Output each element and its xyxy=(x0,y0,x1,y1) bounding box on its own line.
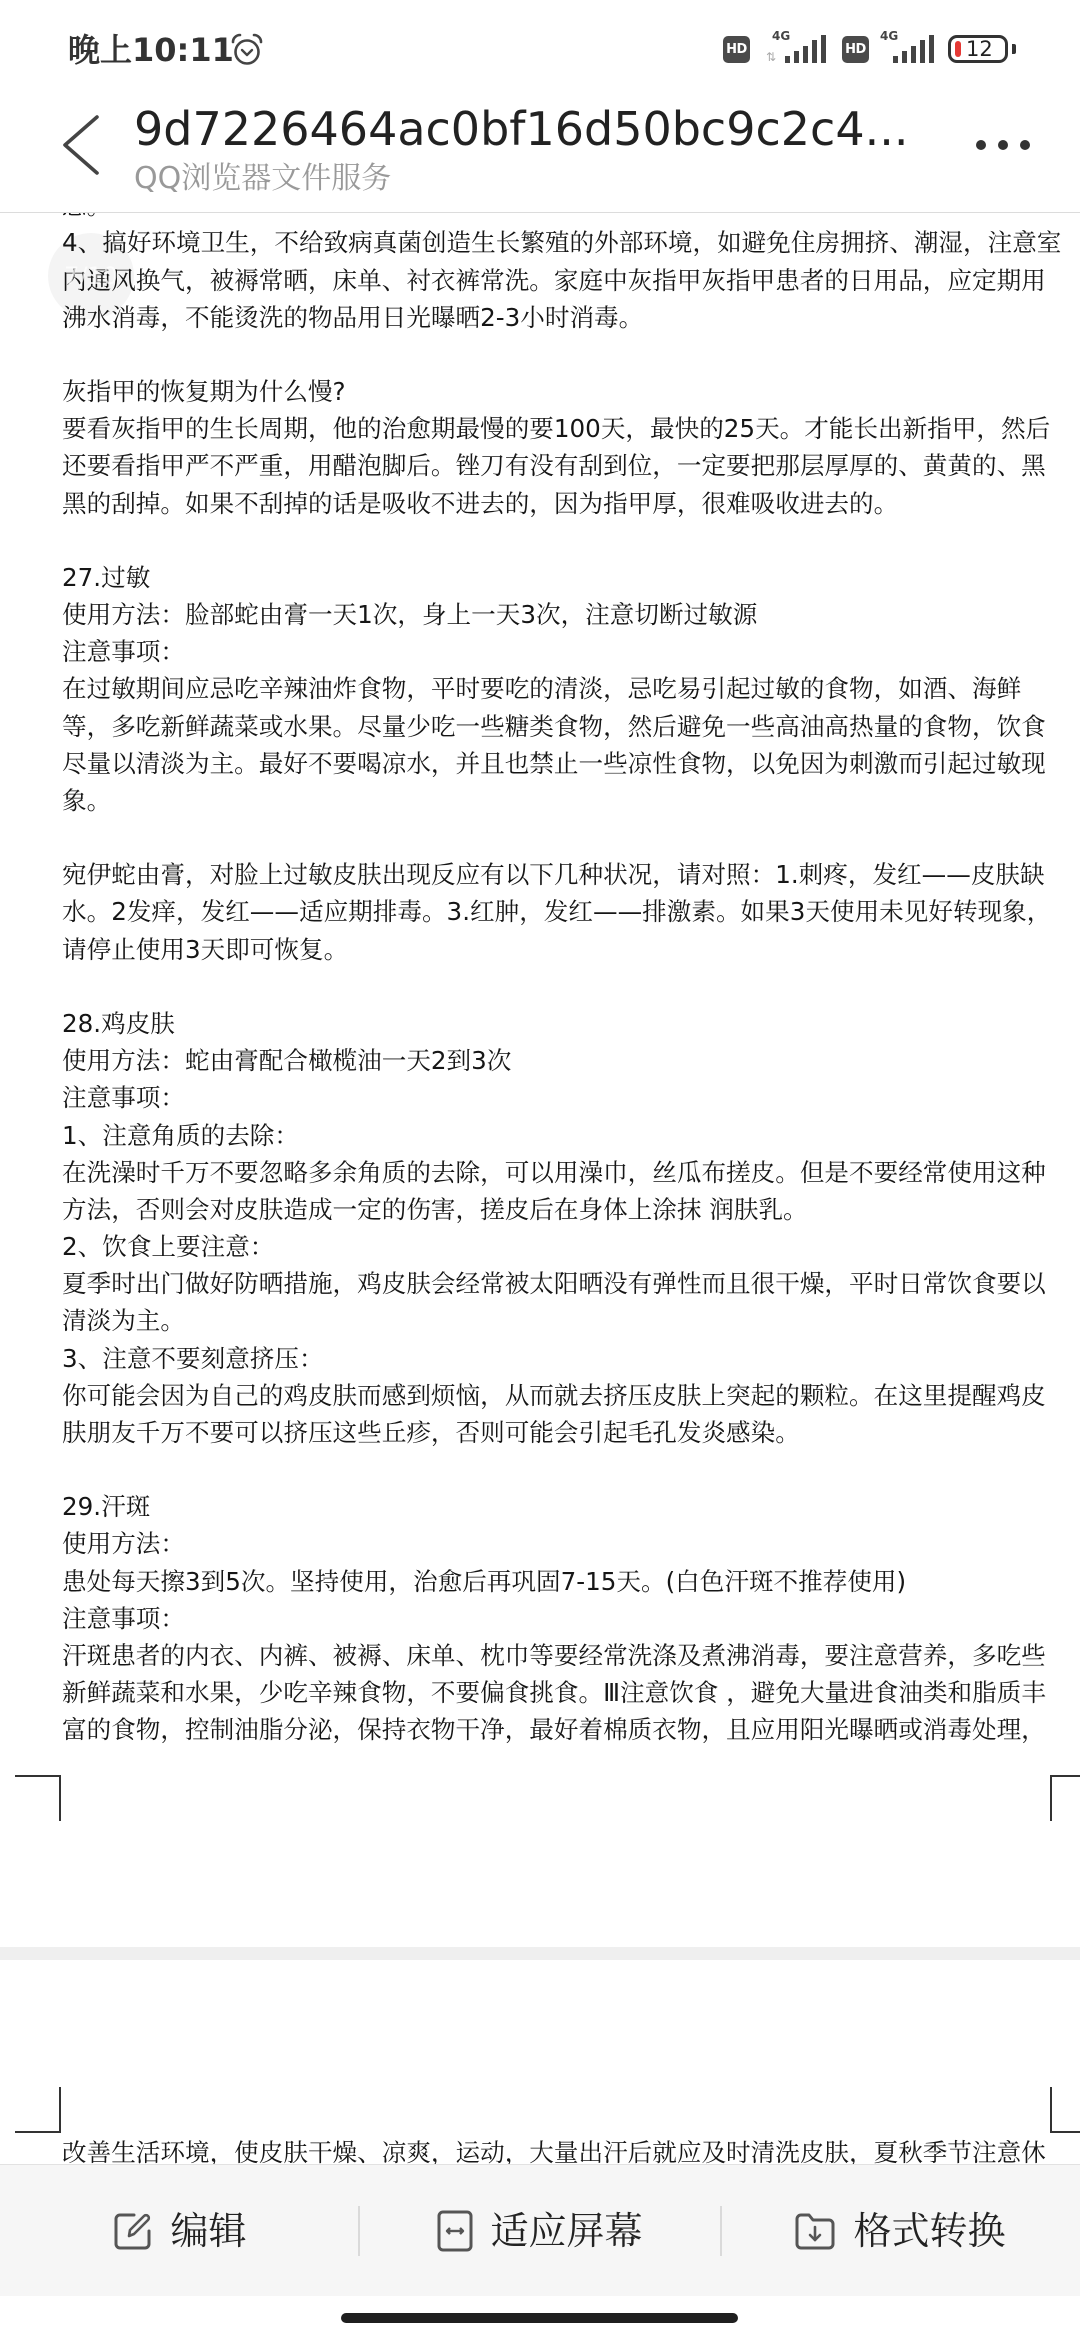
app-header: 9d7226464ac0bf16d50bc9c2c4... QQ浏览器文件服务 xyxy=(0,95,1080,212)
doc-line: 在洗澡时千万不要忽略多余角质的去除，可以用澡巾，丝瓜布搓皮。但是不要经常使用这种 xyxy=(62,1154,1052,1191)
doc-line: 4、搞好环境卫生，不给致病真菌创造生长繁殖的外部环境，如避免住房拥挤、潮湿，注意… xyxy=(62,224,1052,261)
more-horizontal-icon-dot xyxy=(1020,140,1030,150)
doc-line: 改善生活环境，使皮肤干燥、凉爽，运动，大量出汗后就应及时清洗皮肤，夏秋季节注意休 xyxy=(62,2134,1052,2164)
doc-line: 富的食物，控制油脂分泌，保持衣物干净，最好着棉质衣物，且应用阳光曝晒或消毒处理， xyxy=(62,1711,1052,1748)
doc-line: 内通风换气，被褥常晒，床单、衬衣裤常洗。家庭中灰指甲灰指甲患者的日用品，应定期用 xyxy=(62,262,1052,299)
more-horizontal-icon-dot xyxy=(998,140,1008,150)
format-convert-button[interactable]: 格式转换 xyxy=(720,2165,1080,2296)
doc-line: 请停止使用3天即可恢复。 xyxy=(62,931,1052,968)
doc-heading: 灰指甲的恢复期为什么慢? xyxy=(62,373,1052,410)
doc-line: 还要看指甲严不严重，用醋泡脚后。锉刀有没有刮到位，一定要把那层厚厚的、黄黄的、黑 xyxy=(62,447,1052,484)
status-time: 晚上10:11 xyxy=(68,28,234,72)
fit-screen-button[interactable]: 适应屏幕 xyxy=(360,2165,720,2296)
doc-line: 你可能会因为自己的鸡皮肤而感到烦恼，从而就去挤压皮肤上突起的颗粒。在这里提醒鸡皮 xyxy=(62,1377,1052,1414)
more-options-button[interactable] xyxy=(966,131,1040,159)
doc-line: 在过敏期间应忌吃辛辣油炸食物，平时要吃的清淡，忌吃易引起过敏的食物，如酒、海鲜 xyxy=(62,670,1052,707)
toolbar-divider xyxy=(720,2206,722,2256)
doc-line: 要看灰指甲的生长周期，他的治愈期最慢的要100天，最快的25天。才能长出新指甲，… xyxy=(62,410,1052,447)
chevron-left-icon xyxy=(65,117,97,173)
status-bar: 晚上10:11 HD 4G ⇅ HD 4G 12 xyxy=(0,0,1080,95)
alarm-clock-icon xyxy=(229,32,265,68)
header-divider xyxy=(0,212,1080,213)
signal-bars-icon-2 xyxy=(892,34,934,64)
page-corner-mark xyxy=(15,2087,61,2133)
data-activity-icon: ⇅ xyxy=(766,50,776,64)
page-corner-mark xyxy=(1050,1775,1080,1821)
page-corner-mark xyxy=(15,1775,61,1821)
doc-blank-line xyxy=(62,968,1052,1005)
doc-line: 注意事项： xyxy=(62,1600,1052,1637)
doc-blank-line xyxy=(62,522,1052,559)
document-subtitle: QQ浏览器文件服务 xyxy=(134,160,391,198)
doc-line: 等，多吃新鲜蔬菜或水果。尽量少吃一些糖类食物，然后避免一些高油高热量的食物，饮食 xyxy=(62,708,1052,745)
doc-line: 注意事项： xyxy=(62,1079,1052,1116)
doc-line: 感。 xyxy=(62,213,1052,224)
doc-line: 尽量以清淡为主。最好不要喝凉水，并且也禁止一些凉性食物，以免因为刺激而引起过敏现 xyxy=(62,745,1052,782)
edit-button-label: 编辑 xyxy=(170,2209,246,2253)
doc-line: 方法，否则会对皮肤造成一定的伤害，搓皮后在身体上涂抹 润肤乳。 xyxy=(62,1191,1052,1228)
doc-line: 肤朋友千万不要可以挤压这些丘疹，否则可能会引起毛孔发炎感染。 xyxy=(62,1414,1052,1451)
page-separator xyxy=(0,1947,1080,1960)
format-convert-icon xyxy=(794,2211,836,2251)
doc-line: 使用方法： xyxy=(62,1525,1052,1562)
fit-screen-icon xyxy=(437,2210,473,2252)
hd-voice-badge-1: HD xyxy=(723,36,750,63)
edit-icon xyxy=(113,2211,153,2251)
hd-voice-badge-2: HD xyxy=(842,36,869,63)
page-2-content: 改善生活环境，使皮肤干燥、凉爽，运动，大量出汗后就应及时清洗皮肤，夏秋季节注意休 xyxy=(62,2134,1052,2164)
doc-section-title: 29.汗斑 xyxy=(62,1488,1052,1525)
battery-level-fill xyxy=(955,41,961,57)
doc-line: 黑的刮掉。如果不刮掉的话是吸收不进去的，因为指甲厚，很难吸收进去的。 xyxy=(62,485,1052,522)
doc-section-title: 27.过敏 xyxy=(62,559,1052,596)
bottom-toolbar: 编辑 适应屏幕 格式转换 xyxy=(0,2164,1080,2296)
doc-line: 2、饮食上要注意： xyxy=(62,1228,1052,1265)
doc-line: 3、注意不要刻意挤压： xyxy=(62,1340,1052,1377)
doc-line: 使用方法：蛇由膏配合橄榄油一天2到3次 xyxy=(62,1042,1052,1079)
more-horizontal-icon xyxy=(976,140,986,150)
doc-line: 使用方法：脸部蛇由膏一天1次，身上一天3次，注意切断过敏源 xyxy=(62,596,1052,633)
fit-screen-button-label: 适应屏幕 xyxy=(490,2209,642,2253)
page-indicator: 7/10 xyxy=(48,233,134,319)
doc-line: 沸水消毒，不能烫洗的物品用日光曝晒2-3小时消毒。 xyxy=(62,299,1052,336)
battery-cap xyxy=(1012,44,1016,54)
format-convert-button-label: 格式转换 xyxy=(853,2209,1005,2253)
edit-button[interactable]: 编辑 xyxy=(0,2165,360,2296)
doc-line: 象。 xyxy=(62,782,1052,819)
document-viewer[interactable]: 感。 4、搞好环境卫生，不给致病真菌创造生长繁殖的外部环境，如避免住房拥挤、潮湿… xyxy=(0,213,1080,2164)
home-indicator-bar[interactable] xyxy=(341,2313,738,2323)
page-1-content: 感。 4、搞好环境卫生，不给致病真菌创造生长繁殖的外部环境，如避免住房拥挤、潮湿… xyxy=(62,213,1052,1748)
doc-line: 新鲜蔬菜和水果，少吃辛辣食物，不要偏食挑食。Ⅲ注意饮食 ，避免大量进食油类和脂质… xyxy=(62,1674,1052,1711)
doc-line: 1、注意角质的去除： xyxy=(62,1117,1052,1154)
doc-line: 汗斑患者的内衣、内裤、被褥、床单、枕巾等要经常洗涤及煮沸消毒，要注意营养，多吃些 xyxy=(62,1637,1052,1674)
doc-line: 患处每天擦3到5次。坚持使用，治愈后再巩固7-15天。(白色汗斑不推荐使用) xyxy=(62,1563,1052,1600)
doc-blank-line xyxy=(62,1451,1052,1488)
doc-section-title: 28.鸡皮肤 xyxy=(62,1005,1052,1042)
doc-blank-line xyxy=(62,819,1052,856)
signal-bars-icon-1 xyxy=(784,34,826,64)
doc-blank-line xyxy=(62,336,1052,373)
page-corner-mark xyxy=(1050,2087,1080,2133)
toolbar-divider xyxy=(358,2206,360,2256)
doc-line: 注意事项： xyxy=(62,633,1052,670)
doc-line: 水。2发痒，发红——适应期排毒。3.红肿，发红——排激素。如果3天使用未见好转现… xyxy=(62,893,1052,930)
doc-line: 清淡为主。 xyxy=(62,1302,1052,1339)
document-title: 9d7226464ac0bf16d50bc9c2c4... xyxy=(134,101,954,157)
doc-line: 夏季时出门做好防晒措施，鸡皮肤会经常被太阳晒没有弹性而且很干燥，平时日常饮食要以 xyxy=(62,1265,1052,1302)
battery-level: 12 xyxy=(966,36,993,62)
doc-line: 宛伊蛇由膏，对脸上过敏皮肤出现反应有以下几种状况，请对照：1.刺疼，发红——皮肤… xyxy=(62,856,1052,893)
back-button[interactable] xyxy=(56,112,106,178)
battery-icon: 12 xyxy=(948,35,1008,63)
